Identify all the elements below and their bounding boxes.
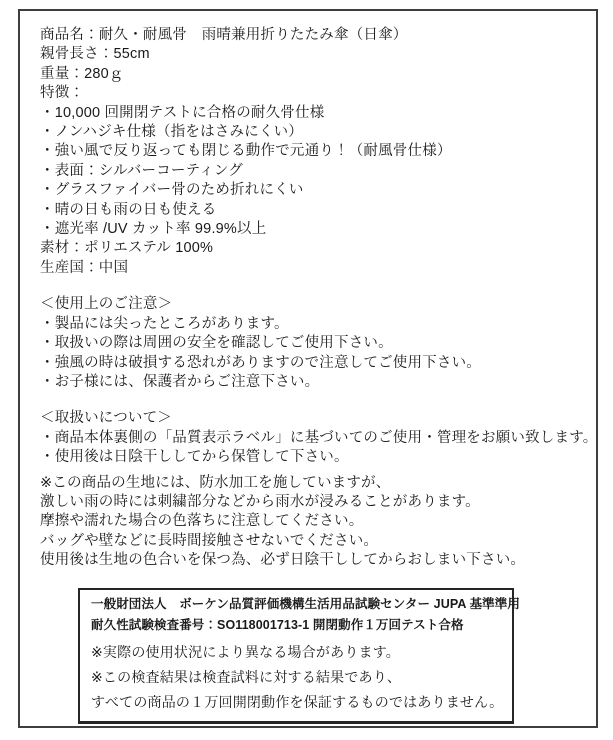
weight-line: 重量：280ｇ <box>40 65 580 84</box>
feature-item: ・遮光率 /UV カット率 99.9%以上 <box>40 220 580 239</box>
material-line: 素材：ポリエステル 100% <box>40 239 580 258</box>
usage-notice-item: ・お子様には、保護者からご注意下さい。 <box>40 373 580 392</box>
certification-box: 一般財団法人 ボーケン品質評価機構生活用品試験センター JUPA 基準準用 耐久… <box>78 588 514 724</box>
usage-notice-heading: ＜使用上のご注意＞ <box>40 295 580 314</box>
handling-item: ・使用後は日陰干ししてから保管して下さい。 <box>40 448 580 467</box>
handling-item: ・商品本体裏側の「品質表示ラベル」に基づいてのご使用・管理をお願い致します。 <box>40 429 580 448</box>
usage-notice-item: ・強風の時は破損する恐れがありますので注意してご使用下さい。 <box>40 354 580 373</box>
spec-section: 商品名：耐久・耐風骨 雨晴兼用折りたたみ傘（日傘） 親骨長さ：55cm 重量：2… <box>40 26 580 278</box>
feature-item: ・強い風で反り返っても閉じる動作で元通り！（耐風骨仕様） <box>40 142 580 161</box>
certification-disclaimers: ※実際の使用状況により異なる場合があります。 ※この検査結果は検査試料に対する結… <box>91 640 502 715</box>
usage-notice-item: ・取扱いの際は周囲の安全を確認してご使用下さい。 <box>40 334 580 353</box>
remarks-line: 激しい雨の時には刺繍部分などから雨水が浸みることがあります。 <box>40 493 580 512</box>
product-name-line: 商品名：耐久・耐風骨 雨晴兼用折りたたみ傘（日傘） <box>40 26 580 45</box>
certification-test-number-line: 耐久性試験検査番号：SO118001713-1 開閉動作１万回テスト合格 <box>91 615 502 637</box>
product-info-sheet: 商品名：耐久・耐風骨 雨晴兼用折りたたみ傘（日傘） 親骨長さ：55cm 重量：2… <box>18 9 598 728</box>
certification-disclaimer-line: すべての商品の１万回開閉動作を保証するものではありません。 <box>91 690 502 715</box>
feature-item: ・グラスファイバー骨のため折れにくい <box>40 181 580 200</box>
remarks-line: ※この商品の生地には、防水加工を施していますが、 <box>40 474 580 493</box>
feature-item: ・ノンハジキ仕様（指をはさみにくい） <box>40 123 580 142</box>
features-label: 特徴： <box>40 84 580 103</box>
rib-length-line: 親骨長さ：55cm <box>40 45 580 64</box>
remarks-line: 使用後は生地の色合いを保つ為、必ず日陰干ししてからおしまい下さい。 <box>40 551 580 570</box>
feature-item: ・10,000 回開閉テストに合格の耐久骨仕様 <box>40 104 580 123</box>
usage-notice-item: ・製品には尖ったところがあります。 <box>40 315 580 334</box>
feature-item: ・表面：シルバーコーティング <box>40 162 580 181</box>
remarks-line: バッグや壁などに長時間接触させないでください。 <box>40 532 580 551</box>
certification-organization-line: 一般財団法人 ボーケン品質評価機構生活用品試験センター JUPA 基準準用 <box>91 594 502 616</box>
handling-section: ＜取扱いについて＞ ・商品本体裏側の「品質表示ラベル」に基づいてのご使用・管理を… <box>40 409 580 467</box>
remarks-line: 摩擦や濡れた場合の色落ちに注意してください。 <box>40 512 580 531</box>
certification-disclaimer-line: ※実際の使用状況により異なる場合があります。 <box>91 640 502 665</box>
handling-heading: ＜取扱いについて＞ <box>40 409 580 428</box>
feature-item: ・晴の日も雨の日も使える <box>40 201 580 220</box>
certification-disclaimer-line: ※この検査結果は検査試料に対する結果であり、 <box>91 665 502 690</box>
usage-notice-section: ＜使用上のご注意＞ ・製品には尖ったところがあります。 ・取扱いの際は周囲の安全… <box>40 295 580 392</box>
country-of-origin-line: 生産国：中国 <box>40 259 580 278</box>
remarks-section: ※この商品の生地には、防水加工を施していますが、 激しい雨の時には刺繍部分などか… <box>40 474 580 571</box>
